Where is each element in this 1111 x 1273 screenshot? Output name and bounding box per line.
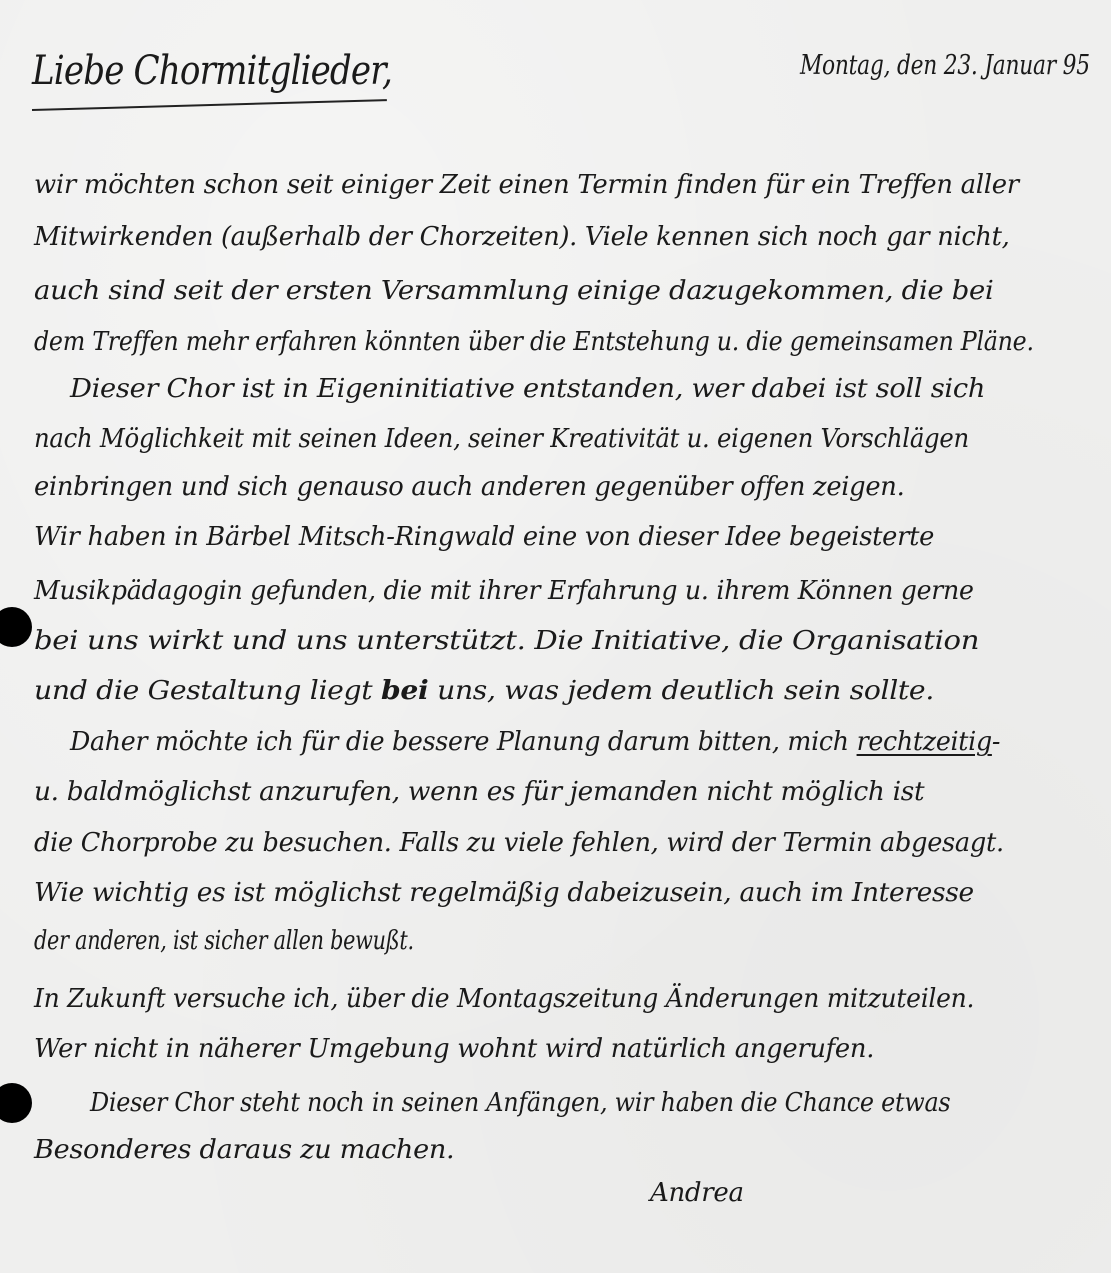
letter-line: Wer nicht in näherer Umgebung wohnt wird… — [34, 1034, 874, 1064]
underlined-word: rechtzeitig — [857, 727, 992, 757]
letter-signature: Andrea — [650, 1178, 744, 1208]
letter-line: Wie wichtig es ist möglichst regelmäßig … — [34, 878, 974, 908]
letter-line: dem Treffen mehr erfahren könnten über d… — [34, 327, 1034, 357]
letter-date: Montag, den 23. Januar 95 — [800, 50, 1090, 81]
letter-line-part: - — [992, 727, 1000, 757]
greeting-underline — [32, 99, 387, 111]
letter-line: auch sind seit der ersten Versammlung ei… — [34, 276, 994, 306]
letter-line-part: Daher möchte ich für die bessere Planung… — [70, 727, 857, 757]
letter-line: Besonderes daraus zu machen. — [34, 1135, 454, 1165]
letter-line: nach Möglichkeit mit seinen Ideen, seine… — [34, 424, 969, 454]
letter-line: u. baldmöglichst anzurufen, wenn es für … — [34, 777, 924, 807]
letter-line: wir möchten schon seit einiger Zeit eine… — [34, 170, 1019, 200]
letter-line-part: uns, was jedem deutlich sein sollte. — [428, 676, 934, 706]
letter-greeting: Liebe Chormitglieder, — [32, 48, 392, 94]
letter-page: Liebe Chormitglieder, Montag, den 23. Ja… — [0, 0, 1111, 1273]
letter-line: Dieser Chor ist in Eigeninitiative entst… — [70, 374, 985, 404]
letter-line: Dieser Chor steht noch in seinen Anfänge… — [90, 1088, 950, 1118]
letter-line: die Chorprobe zu besuchen. Falls zu viel… — [34, 828, 1004, 858]
letter-line-part: und die Gestaltung liegt — [34, 676, 381, 706]
letter-line: Musikpädagogin gefunden, die mit ihrer E… — [34, 576, 974, 606]
letter-line: In Zukunft versuche ich, über die Montag… — [34, 984, 974, 1014]
letter-line: der anderen, ist sicher allen bewußt. — [34, 926, 414, 956]
letter-line: einbringen und sich genauso auch anderen… — [34, 472, 904, 502]
letter-line: und die Gestaltung liegt bei uns, was je… — [34, 676, 934, 706]
emphasized-word: bei — [381, 676, 428, 706]
letter-line: bei uns wirkt und uns unterstützt. Die I… — [34, 626, 979, 656]
punch-hole — [0, 1083, 32, 1123]
letter-line: Daher möchte ich für die bessere Planung… — [70, 727, 1000, 757]
punch-hole — [0, 607, 32, 647]
letter-line: Wir haben in Bärbel Mitsch-Ringwald eine… — [34, 522, 934, 552]
letter-line: Mitwirkenden (außerhalb der Chorzeiten).… — [34, 222, 1010, 252]
